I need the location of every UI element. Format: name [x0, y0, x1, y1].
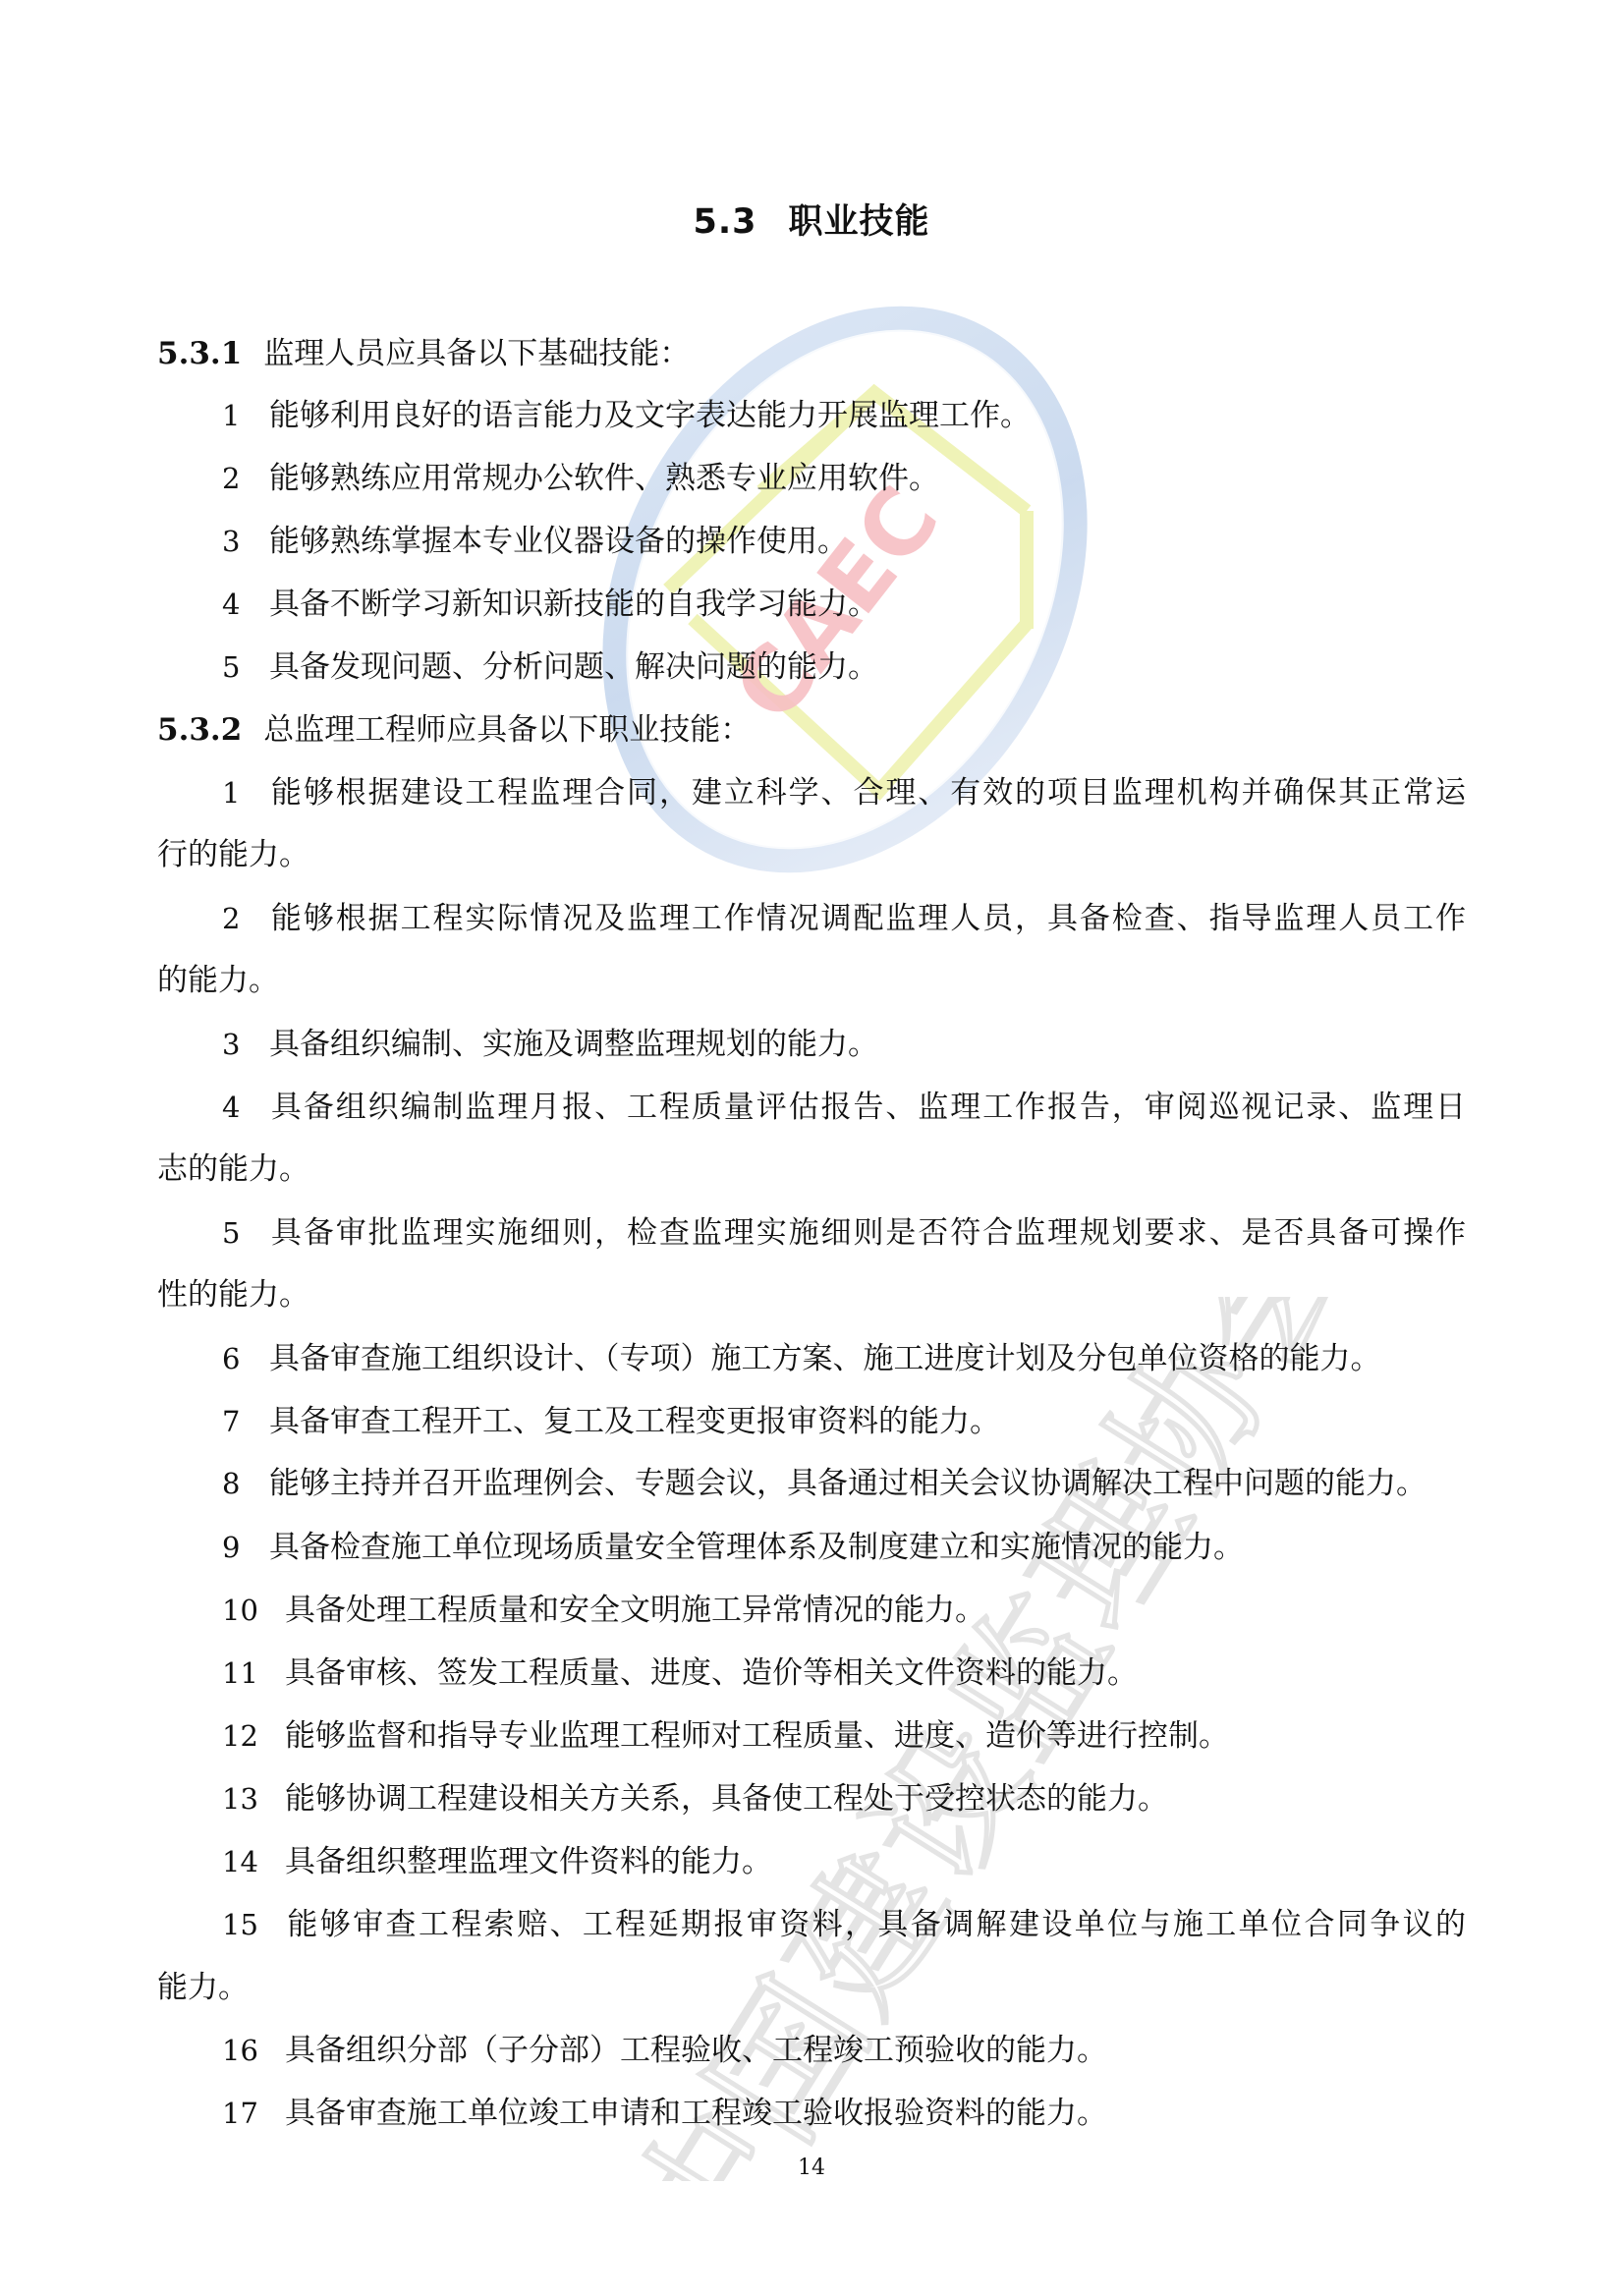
item-text: 具备组织编制监理月报、工程质量评估报告、监理工作报告，审阅巡视记录、监理日 [269, 1090, 1466, 1125]
item-number: 3 [222, 510, 269, 573]
item-text: 具备审核、签发工程质量、进度、造价等相关文件资料的能力。 [285, 1655, 1138, 1691]
list-item: 1能够根据建设工程监理合同，建立科学、合理、有效的项目监理机构并确保其正常运 [157, 761, 1466, 824]
item-text: 能够利用良好的语言能力及文字表达能力开展监理工作。 [269, 398, 1031, 433]
item-number: 9 [222, 1516, 269, 1579]
item-number: 14 [222, 1830, 285, 1893]
item-text: 能够审查工程索赔、工程延期报审资料，具备调解建设单位与施工单位合同争议的 [285, 1907, 1466, 1942]
list-item: 5具备审批监理实施细则，检查监理实施细则是否符合监理规划要求、是否具备可操作 [157, 1202, 1466, 1264]
item-number: 6 [222, 1327, 269, 1390]
item-text: 具备不断学习新知识新技能的自我学习能力。 [269, 587, 878, 622]
item-text: 具备审批监理实施细则，检查监理实施细则是否符合监理规划要求、是否具备可操作 [269, 1215, 1466, 1251]
item-text: 能够熟练应用常规办公软件、熟悉专业应用软件。 [269, 461, 939, 496]
item-number: 1 [222, 761, 269, 824]
section-title: 职业技能 [789, 202, 930, 242]
item-text: 的能力。 [157, 963, 279, 998]
list-item: 12能够监督和指导专业监理工程师对工程质量、进度、造价等进行控制。 [157, 1705, 1466, 1767]
list-item-continuation: 的能力。 [157, 949, 1466, 1012]
list-item-continuation: 志的能力。 [157, 1138, 1466, 1201]
item-number: 8 [222, 1452, 269, 1515]
item-text: 具备发现问题、分析问题、解决问题的能力。 [269, 649, 878, 685]
list-item: 6具备审查施工组织设计、（专项）施工方案、施工进度计划及分包单位资格的能力。 [157, 1327, 1466, 1390]
item-text: 能力。 [157, 1970, 249, 2005]
item-number: 4 [222, 1076, 269, 1139]
item-number: 12 [222, 1705, 285, 1767]
item-number: 13 [222, 1767, 285, 1830]
clause-heading: 5.3.2总监理工程师应具备以下职业技能： [157, 699, 1466, 761]
list-item: 4具备组织编制监理月报、工程质量评估报告、监理工作报告，审阅巡视记录、监理日 [157, 1076, 1466, 1139]
item-number: 3 [222, 1013, 269, 1076]
list-item: 16具备组织分部（子分部）工程验收、工程竣工预验收的能力。 [157, 2019, 1466, 2082]
item-text: 能够协调工程建设相关方关系，具备使工程处于受控状态的能力。 [285, 1781, 1168, 1817]
item-text: 具备审查施工单位竣工申请和工程竣工验收报验资料的能力。 [285, 2096, 1107, 2131]
list-item: 14具备组织整理监理文件资料的能力。 [157, 1830, 1466, 1893]
item-number: 1 [222, 384, 269, 447]
list-item: 9具备检查施工单位现场质量安全管理体系及制度建立和实施情况的能力。 [157, 1516, 1466, 1579]
item-number: 5 [222, 636, 269, 699]
list-item: 7具备审查工程开工、复工及工程变更报审资料的能力。 [157, 1390, 1466, 1453]
list-item: 5具备发现问题、分析问题、解决问题的能力。 [157, 636, 1466, 699]
clause-number: 5.3.1 [157, 336, 242, 371]
list-item-continuation: 行的能力。 [157, 823, 1466, 886]
list-item: 15能够审查工程索赔、工程延期报审资料，具备调解建设单位与施工单位合同争议的 [157, 1893, 1466, 1956]
item-number: 10 [222, 1579, 285, 1642]
item-text: 能够监督和指导专业监理工程师对工程质量、进度、造价等进行控制。 [285, 1718, 1229, 1754]
clause-text: 总监理工程师应具备以下职业技能： [263, 712, 751, 748]
item-text: 能够熟练掌握本专业仪器设备的操作使用。 [269, 524, 848, 559]
item-number: 7 [222, 1390, 269, 1453]
item-number: 2 [222, 447, 269, 510]
list-item: 17具备审查施工单位竣工申请和工程竣工验收报验资料的能力。 [157, 2082, 1466, 2145]
clause-number: 5.3.2 [157, 712, 242, 748]
list-item: 1能够利用良好的语言能力及文字表达能力开展监理工作。 [157, 384, 1466, 447]
list-item: 10具备处理工程质量和安全文明施工异常情况的能力。 [157, 1579, 1466, 1642]
item-text: 具备处理工程质量和安全文明施工异常情况的能力。 [285, 1593, 985, 1628]
item-text: 能够根据工程实际情况及监理工作情况调配监理人员，具备检查、指导监理人员工作 [269, 901, 1466, 936]
document-page: CAEC 中国建设监理协会 5.3职业技能 5.3.1监理人员应具备以下基础技能… [0, 0, 1623, 2296]
item-text: 能够主持并召开监理例会、专题会议，具备通过相关会议协调解决工程中问题的能力。 [269, 1466, 1427, 1501]
list-item-continuation: 能力。 [157, 1956, 1466, 2019]
list-item-continuation: 性的能力。 [157, 1263, 1466, 1326]
list-item: 2能够熟练应用常规办公软件、熟悉专业应用软件。 [157, 447, 1466, 510]
list-item: 2能够根据工程实际情况及监理工作情况调配监理人员，具备检查、指导监理人员工作 [157, 887, 1466, 950]
list-item: 8能够主持并召开监理例会、专题会议，具备通过相关会议协调解决工程中问题的能力。 [157, 1452, 1466, 1515]
item-number: 16 [222, 2019, 285, 2082]
item-number: 15 [222, 1893, 285, 1956]
item-text: 志的能力。 [157, 1151, 309, 1187]
item-text: 具备审查工程开工、复工及工程变更报审资料的能力。 [269, 1404, 1000, 1439]
item-text: 具备检查施工单位现场质量安全管理体系及制度建立和实施情况的能力。 [269, 1530, 1244, 1565]
clause-text: 监理人员应具备以下基础技能： [263, 336, 690, 371]
item-text: 性的能力。 [157, 1277, 309, 1313]
section-heading: 5.3职业技能 [157, 193, 1466, 252]
item-number: 17 [222, 2082, 285, 2145]
list-item: 3具备组织编制、实施及调整监理规划的能力。 [157, 1013, 1466, 1076]
item-text: 具备组织分部（子分部）工程验收、工程竣工预验收的能力。 [285, 2033, 1107, 2068]
item-number: 4 [222, 573, 269, 636]
item-text: 具备组织编制、实施及调整监理规划的能力。 [269, 1027, 878, 1062]
item-number: 5 [222, 1202, 269, 1264]
list-item: 11具备审核、签发工程质量、进度、造价等相关文件资料的能力。 [157, 1642, 1466, 1705]
item-number: 11 [222, 1642, 285, 1705]
item-text: 具备组织整理监理文件资料的能力。 [285, 1844, 772, 1879]
list-item: 13能够协调工程建设相关方关系，具备使工程处于受控状态的能力。 [157, 1767, 1466, 1830]
item-text: 具备审查施工组织设计、（专项）施工方案、施工进度计划及分包单位资格的能力。 [269, 1341, 1381, 1376]
list-item: 4具备不断学习新知识新技能的自我学习能力。 [157, 573, 1466, 636]
list-item: 3能够熟练掌握本专业仪器设备的操作使用。 [157, 510, 1466, 573]
item-text: 能够根据建设工程监理合同，建立科学、合理、有效的项目监理机构并确保其正常运 [269, 775, 1466, 811]
clause-heading: 5.3.1监理人员应具备以下基础技能： [157, 322, 1466, 385]
section-number: 5.3 [693, 202, 756, 242]
item-number: 2 [222, 887, 269, 950]
item-text: 行的能力。 [157, 837, 309, 872]
page-number: 14 [0, 2154, 1623, 2183]
